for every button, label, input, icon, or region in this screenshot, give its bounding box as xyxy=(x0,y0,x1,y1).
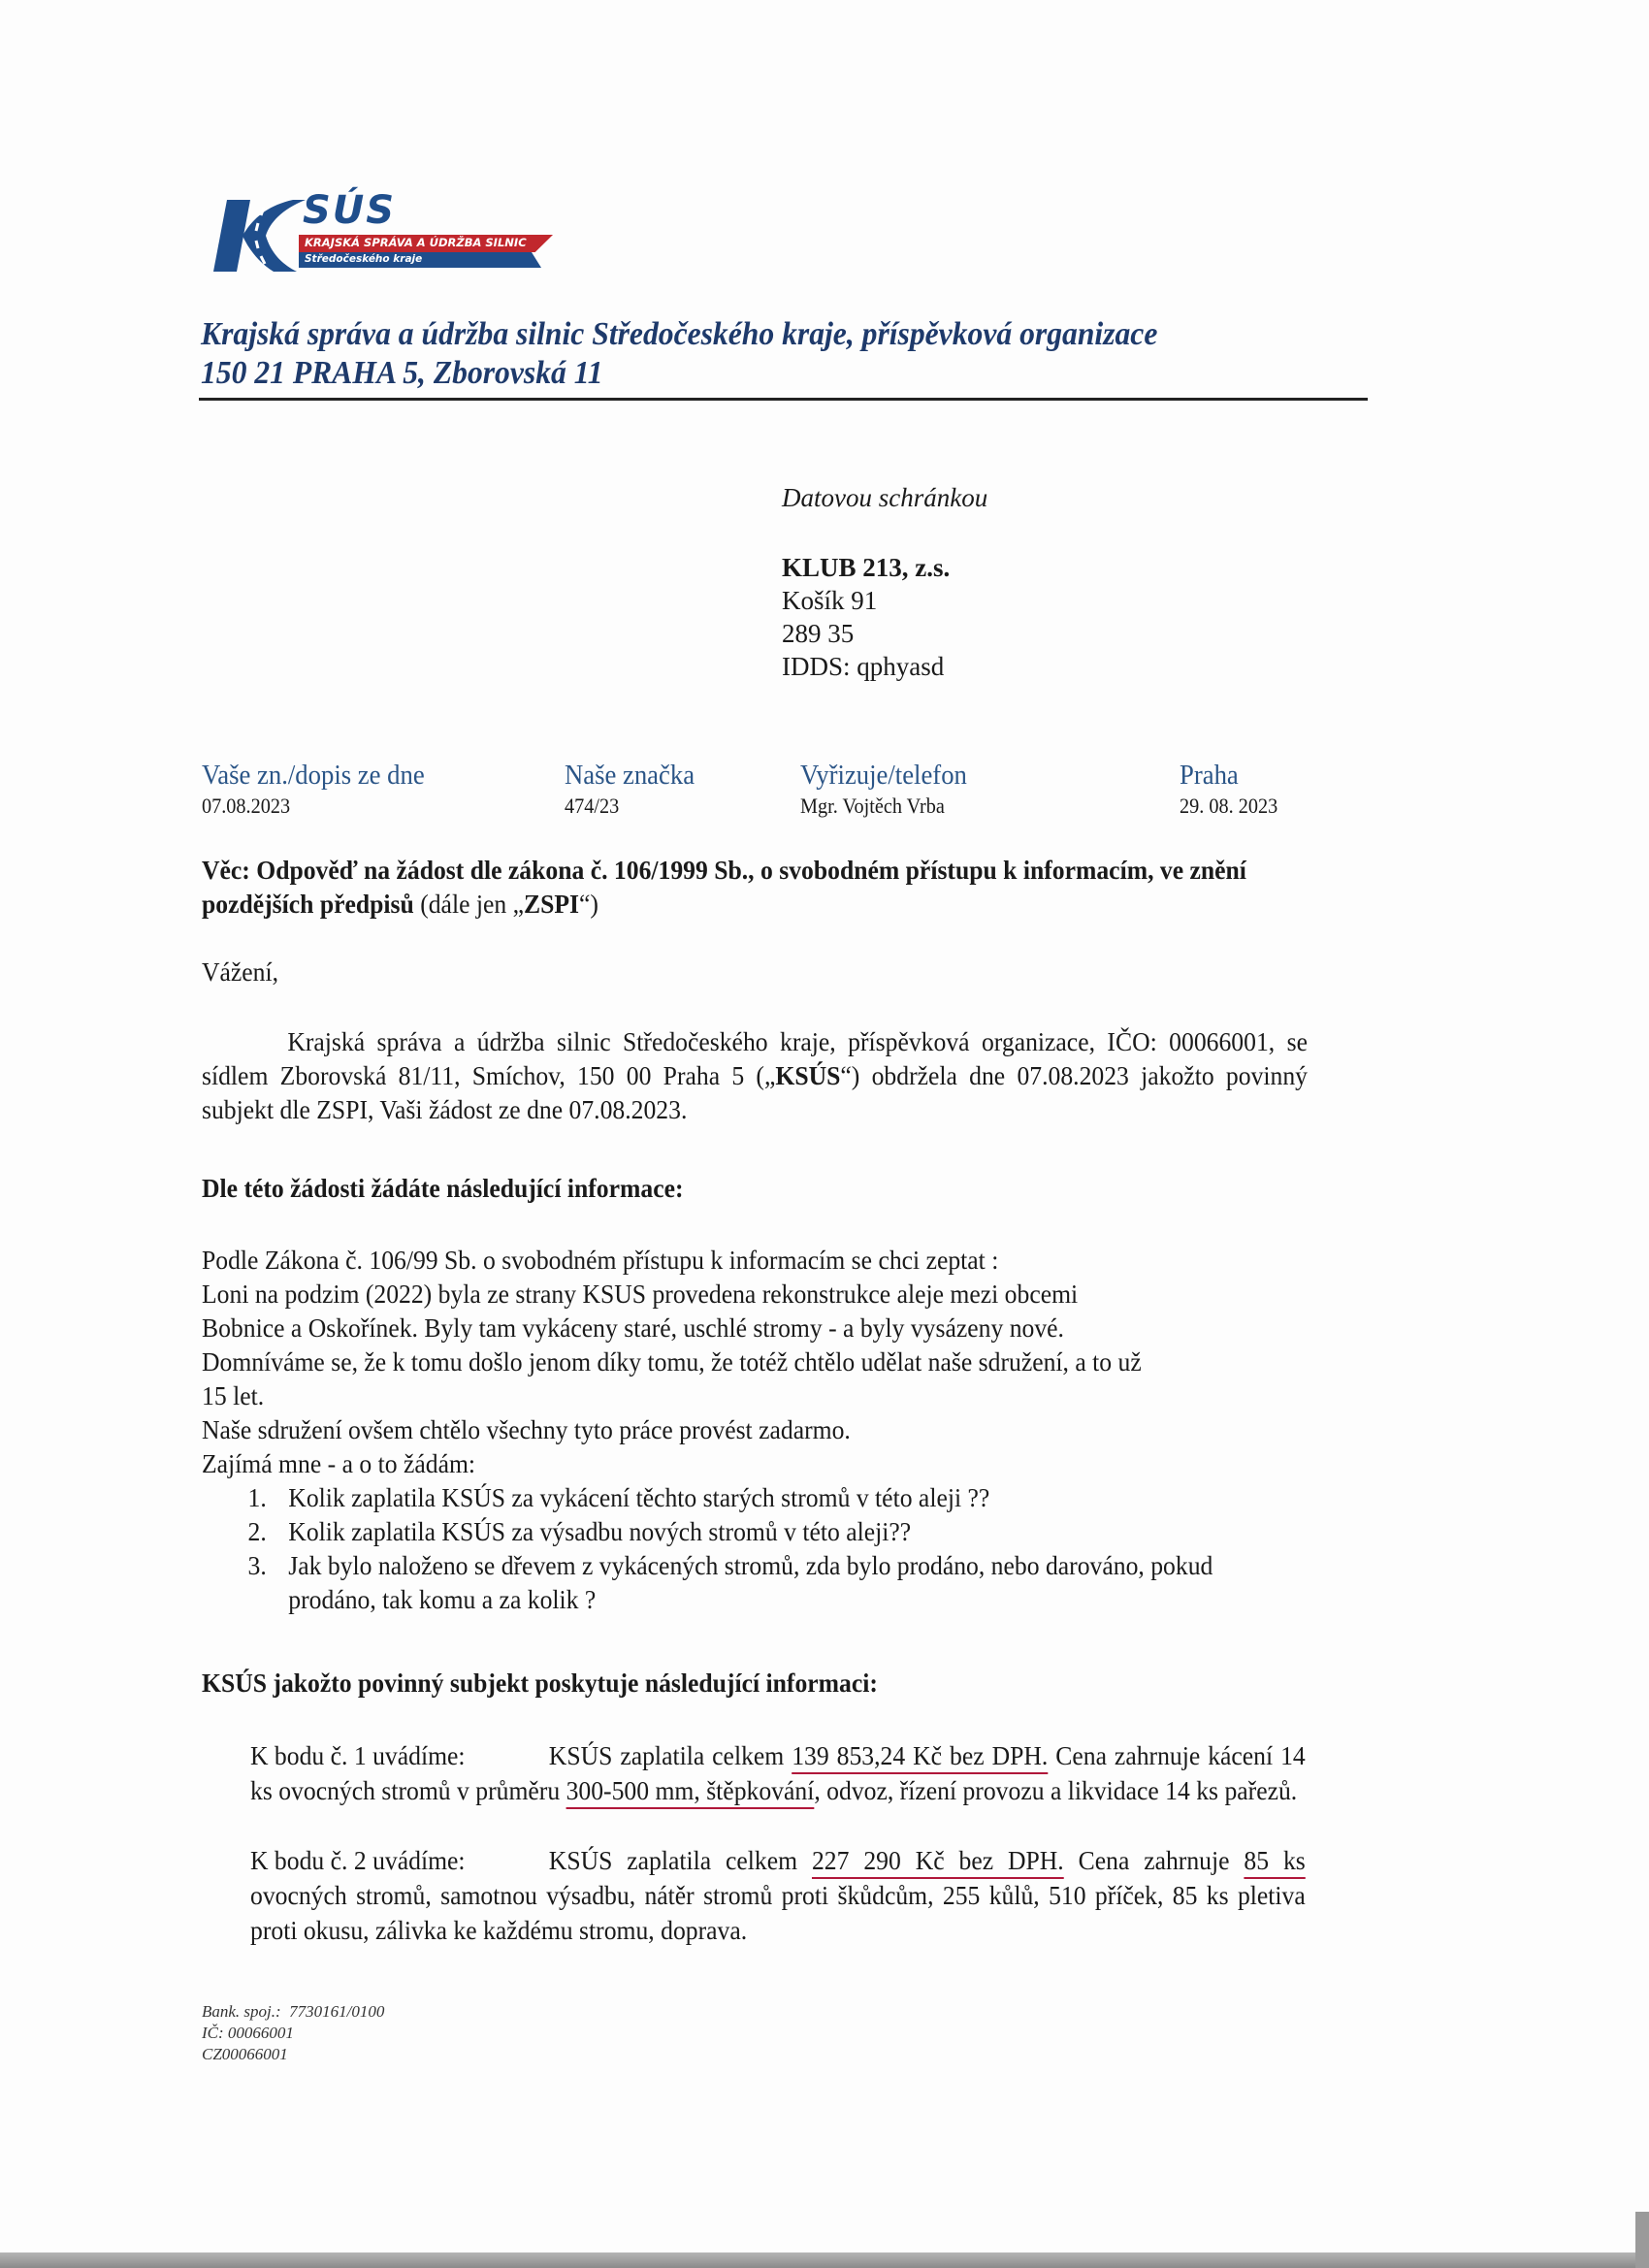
logo-band-red: KRAJSKÁ SPRÁVA A ÚDRŽBA SILNIC xyxy=(299,235,553,252)
ref-label: Vaše zn./dopis ze dne xyxy=(202,759,425,792)
subject-line: Věc: Odpověď na žádost dle zákona č. 106… xyxy=(202,854,1308,922)
subject-normal: (dále jen „ xyxy=(414,890,524,919)
org-address: 150 21 PRAHA 5, Zborovská 11 xyxy=(201,354,1157,393)
question-item: 2.Kolik zaplatila KSÚS za výsadbu nových… xyxy=(248,1515,1309,1549)
answer-lead: K bodu č. 1 uvádíme: xyxy=(250,1738,549,1773)
ksus-logo: SÚS KRAJSKÁ SPRÁVA A ÚDRŽBA SILNIC Střed… xyxy=(213,192,553,275)
question-number: 1. xyxy=(248,1481,267,1515)
scan-edge xyxy=(0,2252,1649,2268)
request-line: Domníváme se, že k tomu došlo jenom díky… xyxy=(202,1345,1308,1379)
header-divider xyxy=(199,398,1368,401)
question-number: 3. xyxy=(248,1549,267,1583)
ref-our-mark: Naše značka 474/23 xyxy=(565,759,706,821)
request-heading: Dle této žádosti žádáte následující info… xyxy=(202,1172,1308,1206)
request-line: Bobnice a Oskořínek. Byly tam vykáceny s… xyxy=(202,1312,1308,1345)
ref-value: Mgr. Vojtěch Vrba xyxy=(800,792,967,821)
answer-1: K bodu č. 1 uvádíme:KSÚS zaplatila celke… xyxy=(250,1738,1306,1808)
answer-amount-highlight: 139 853,24 Kč bez DPH. xyxy=(792,1741,1048,1770)
answer-text: Cena zahrnuje xyxy=(1064,1846,1245,1875)
road-k-logo-icon xyxy=(213,200,306,272)
org-header: Krajská správa a údržba silnic Středočes… xyxy=(201,315,1157,393)
logo-brand-text: SÚS xyxy=(303,188,396,233)
question-text: Kolik zaplatila KSÚS za vykácení těchto … xyxy=(288,1483,989,1512)
recipient-zip: 289 35 xyxy=(782,617,987,650)
question-text: Kolik zaplatila KSÚS za výsadbu nových s… xyxy=(288,1517,911,1546)
recipient-street: Košík 91 xyxy=(782,584,987,617)
org-name: Krajská správa a údržba silnic Středočes… xyxy=(201,315,1157,354)
request-line: Zajímá mne - a o to žádám: xyxy=(202,1447,1308,1481)
ref-value: 07.08.2023 xyxy=(202,792,425,821)
recipient-idds: IDDS: qphyasd xyxy=(782,650,987,683)
delivery-method: Datovou schránkou xyxy=(782,481,987,514)
answer-amount-highlight: 227 290 Kč bez DPH. xyxy=(812,1846,1064,1875)
logo-band-bottom-text: Středočeského kraje xyxy=(305,253,422,265)
intro-abbr: KSÚS xyxy=(775,1061,840,1090)
question-number: 2. xyxy=(248,1515,267,1549)
request-body: Podle Zákona č. 106/99 Sb. o svobodném p… xyxy=(202,1244,1308,1617)
ref-label: Vyřizuje/telefon xyxy=(800,759,967,792)
answer-text: KSÚS zaplatila celkem xyxy=(549,1846,812,1875)
answer-text: KSÚS zaplatila celkem xyxy=(549,1741,792,1770)
logo-band-blue: Středočeského kraje xyxy=(299,252,541,268)
greeting: Vážení, xyxy=(202,956,1308,989)
company-id: IČ: 00066001 xyxy=(202,2023,384,2044)
question-item: 1.Kolik zaplatila KSÚS za vykácení těcht… xyxy=(248,1481,1309,1515)
subject-end: “) xyxy=(579,890,598,919)
answer-text: , odvoz, řízení provozu a likvidace 14 k… xyxy=(814,1776,1297,1805)
ref-your-letter: Vaše zn./dopis ze dne 07.08.2023 xyxy=(202,759,444,821)
ref-place-date: Praha 29. 08. 2023 xyxy=(1180,759,1286,821)
vat-id: CZ00066001 xyxy=(202,2044,384,2065)
recipient-block: Datovou schránkou KLUB 213, z.s. Košík 9… xyxy=(782,481,987,683)
ref-handled-by: Vyřizuje/telefon Mgr. Vojtěch Vrba xyxy=(800,759,982,821)
subject-bold: Věc: Odpověď na žádost dle zákona č. 106… xyxy=(202,856,1246,919)
reference-row: Vaše zn./dopis ze dne 07.08.2023 Naše zn… xyxy=(0,759,1649,826)
request-line: Loni na podzim (2022) byla ze strany KSU… xyxy=(202,1278,1308,1312)
question-item: 3.Jak bylo naloženo se dřevem z vykácený… xyxy=(248,1549,1309,1617)
ref-label: Praha xyxy=(1180,759,1277,792)
subject-abbr: ZSPI xyxy=(524,890,579,919)
logo-band-top-text: KRAJSKÁ SPRÁVA A ÚDRŽBA SILNIC xyxy=(305,236,527,249)
ref-value: 474/23 xyxy=(565,792,695,821)
answer-highlight: 300-500 mm, štěpkování xyxy=(566,1776,815,1805)
answer-text: ovocných stromů, samotnou výsadbu, nátěr… xyxy=(250,1881,1306,1945)
ref-label: Naše značka xyxy=(565,759,695,792)
scan-edge-corner xyxy=(1635,2212,1649,2268)
recipient-name: KLUB 213, z.s. xyxy=(782,551,987,584)
answer-2: K bodu č. 2 uvádíme:KSÚS zaplatila celke… xyxy=(250,1843,1306,1948)
request-line: Podle Zákona č. 106/99 Sb. o svobodném p… xyxy=(202,1244,1308,1278)
request-line: 15 let. xyxy=(202,1379,1308,1413)
ref-value: 29. 08. 2023 xyxy=(1180,792,1277,821)
request-line: Naše sdružení ovšem chtělo všechny tyto … xyxy=(202,1413,1308,1447)
intro-paragraph: Krajská správa a údržba silnic Středočes… xyxy=(202,1025,1308,1127)
bank-account: Bank. spoj.: 7730161/0100 xyxy=(202,2001,384,2023)
question-list: 1.Kolik zaplatila KSÚS za vykácení těcht… xyxy=(248,1481,1309,1617)
question-text: Jak bylo naloženo se dřevem z vykácených… xyxy=(288,1551,1212,1614)
answer-heading: KSÚS jakožto povinný subjekt poskytuje n… xyxy=(202,1667,1308,1701)
footer-bank-info: Bank. spoj.: 7730161/0100 IČ: 00066001 C… xyxy=(202,2001,384,2065)
letter-page: SÚS KRAJSKÁ SPRÁVA A ÚDRŽBA SILNIC Střed… xyxy=(0,0,1649,2268)
answer-highlight: 85 ks xyxy=(1244,1846,1305,1875)
answer-lead: K bodu č. 2 uvádíme: xyxy=(250,1843,549,1878)
